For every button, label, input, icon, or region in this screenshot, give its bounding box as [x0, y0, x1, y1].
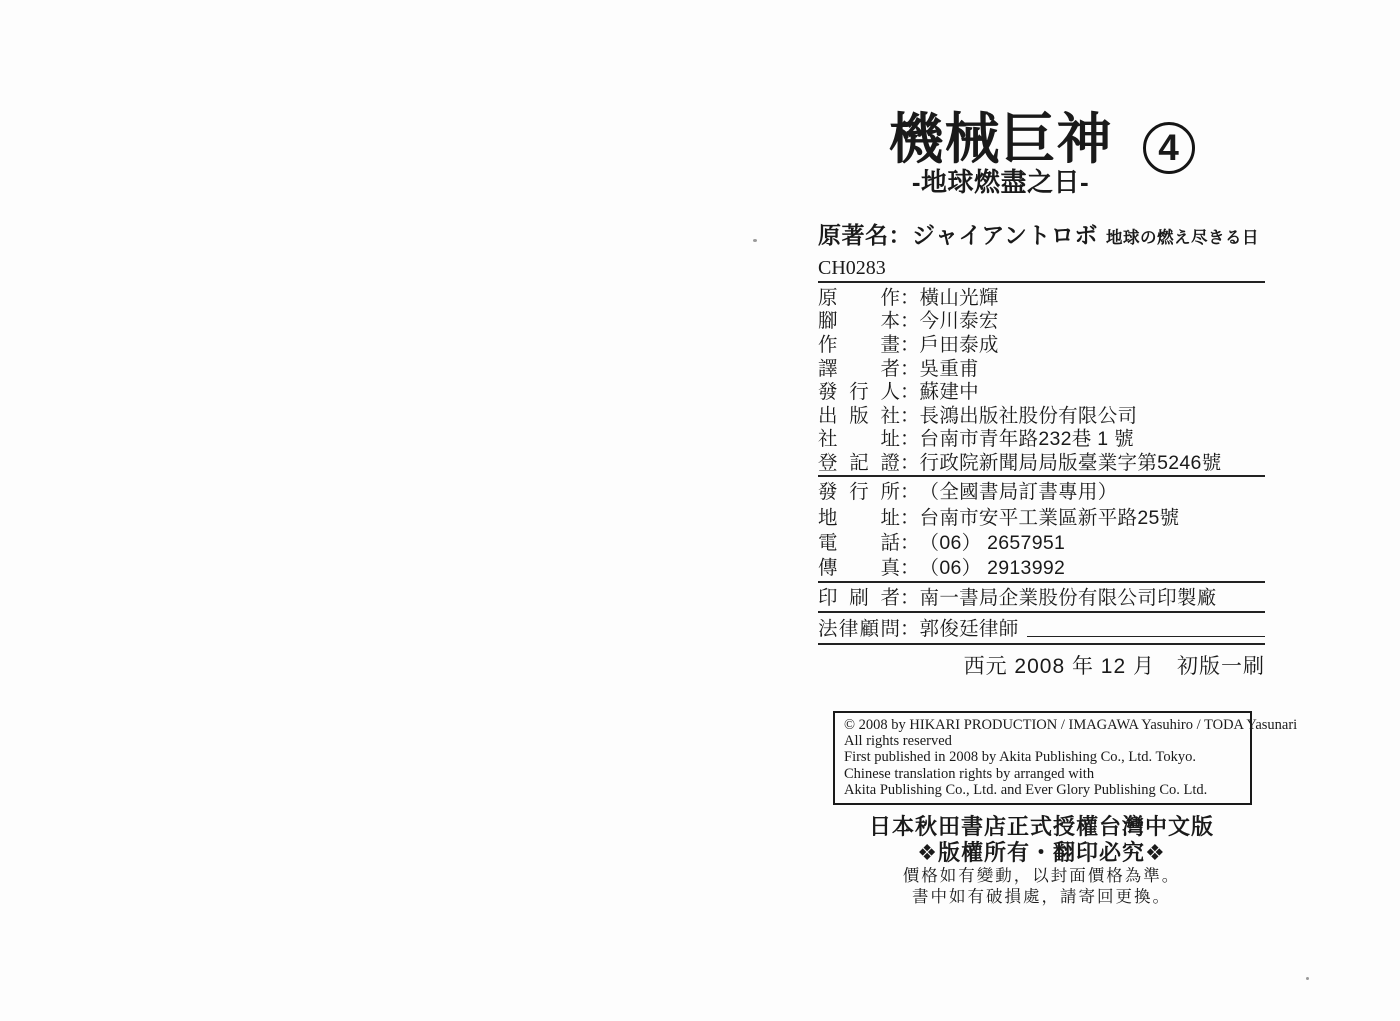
- volume-number: 4: [1158, 127, 1179, 169]
- credit-label: 地址: [818, 502, 900, 530]
- copyright-line: © 2008 by HIKARI PRODUCTION / IMAGAWA Ya…: [844, 717, 1241, 733]
- credits-group-publisher: 原作：橫山光輝 腳本：今川泰宏 作畫：戶田泰成 譯者：吳重甫 發行人：蘇建中 出…: [818, 283, 1265, 477]
- credit-value: 南一書局企業股份有限公司印製廠: [920, 582, 1217, 610]
- book-title: 機械巨神: [888, 110, 1112, 168]
- credit-label: 傳真: [818, 552, 900, 580]
- credit-colon: ：: [900, 613, 920, 641]
- credit-row-fax: 傳真：（06） 2913992: [818, 553, 1265, 578]
- credit-value: （06） 2657951: [920, 527, 1066, 555]
- credit-row-printer: 印刷者：南一書局企業股份有限公司印製廠: [818, 584, 1265, 609]
- credits-group-printer: 印刷者：南一書局企業股份有限公司印製廠: [818, 583, 1265, 613]
- book-title-group: 機械巨神 -地球燃盡之日-: [888, 110, 1112, 196]
- price-notice: 價格如有變動，以封面價格為準。: [818, 865, 1265, 886]
- credit-label: 發行所: [818, 476, 900, 504]
- credit-row-script: 腳本：今川泰宏: [818, 308, 1265, 332]
- credit-row-registration: 登記證：行政院新聞局局版臺業字第5246號: [818, 449, 1265, 473]
- credit-row-author: 原作：橫山光輝: [818, 284, 1265, 308]
- trailing-rule: [1027, 635, 1265, 637]
- rights-statement: ❖版權所有・翻印必究❖: [818, 840, 1265, 865]
- credit-row-art: 作畫：戶田泰成: [818, 331, 1265, 355]
- credits-group-distribution: 發行所：（全國書局訂書專用） 地址：台南市安平工業區新平路25號 電話：（06）…: [818, 477, 1265, 583]
- credit-label: 法律顧問: [818, 613, 900, 641]
- credit-row-legal-advisor: 法律顧問：郭俊廷律師: [818, 614, 1265, 641]
- scan-speck: [1306, 977, 1309, 980]
- credit-value: （06） 2913992: [920, 552, 1066, 580]
- colophon-block: 機械巨神 -地球燃盡之日- 4 原著名：ジャイアントロボ 地球の燃え尽きる日 C…: [818, 110, 1265, 907]
- original-title-reading: 地球の燃え尽きる日: [1106, 224, 1259, 248]
- footer-notices: 日本秋田書店正式授權台灣中文版 ❖版權所有・翻印必究❖ 價格如有變動，以封面價格…: [818, 814, 1265, 907]
- credit-label: 登記證: [818, 447, 900, 475]
- credit-row-address: 地址：台南市安平工業區新平路25號: [818, 503, 1265, 528]
- credit-colon: ：: [900, 502, 920, 530]
- credit-row-publisher: 出版社：長鴻出版社股份有限公司: [818, 402, 1265, 426]
- copyright-box: © 2008 by HIKARI PRODUCTION / IMAGAWA Ya…: [833, 711, 1252, 805]
- credit-colon: ：: [900, 447, 920, 475]
- copyright-line: Chinese translation rights by arranged w…: [844, 766, 1241, 782]
- credit-row-translator: 譯者：吳重甫: [818, 355, 1265, 379]
- credit-label: 印刷者: [818, 582, 900, 610]
- credit-colon: ：: [900, 476, 920, 504]
- credit-colon: ：: [900, 552, 920, 580]
- volume-number-badge: 4: [1143, 122, 1195, 174]
- credit-row-distributor: 發行所：（全國書局訂書專用）: [818, 478, 1265, 503]
- copyright-line: All rights reserved: [844, 733, 1241, 749]
- credit-row-issuer: 發行人：蘇建中: [818, 378, 1265, 402]
- book-title-row: 機械巨神 -地球燃盡之日- 4: [818, 110, 1265, 196]
- edition-date: 西元 2008 年 12 月 初版一刷: [818, 650, 1265, 680]
- credit-colon: ：: [900, 527, 920, 555]
- credit-label: 電話: [818, 527, 900, 555]
- credit-value: 台南市安平工業區新平路25號: [920, 502, 1180, 530]
- original-title-label: 原著名：ジャイアントロボ: [818, 217, 1098, 250]
- credits-group-legal: 法律顧問：郭俊廷律師: [818, 613, 1265, 645]
- copyright-line: First published in 2008 by Akita Publish…: [844, 749, 1241, 765]
- scan-speck: [753, 239, 757, 242]
- credit-value: 郭俊廷律師: [920, 613, 1019, 641]
- book-subtitle: -地球燃盡之日-: [888, 168, 1112, 196]
- credit-colon: ：: [900, 582, 920, 610]
- original-title-row: 原著名：ジャイアントロボ 地球の燃え尽きる日: [818, 217, 1265, 250]
- credit-row-phone: 電話：（06） 2657951: [818, 528, 1265, 553]
- damage-notice: 書中如有破損處，請寄回更換。: [818, 886, 1265, 907]
- copyright-line: Akita Publishing Co., Ltd. and Ever Glor…: [844, 782, 1241, 798]
- credit-value: （全國書局訂書專用）: [920, 476, 1118, 504]
- credit-value: 行政院新聞局局版臺業字第5246號: [920, 447, 1222, 475]
- license-statement: 日本秋田書店正式授權台灣中文版: [818, 814, 1265, 840]
- catalog-code: CH0283: [818, 257, 1265, 283]
- credit-row-office-address: 社址：台南市青年路232巷 1 號: [818, 426, 1265, 450]
- scanned-page: 機械巨神 -地球燃盡之日- 4 原著名：ジャイアントロボ 地球の燃え尽きる日 C…: [0, 0, 1400, 1021]
